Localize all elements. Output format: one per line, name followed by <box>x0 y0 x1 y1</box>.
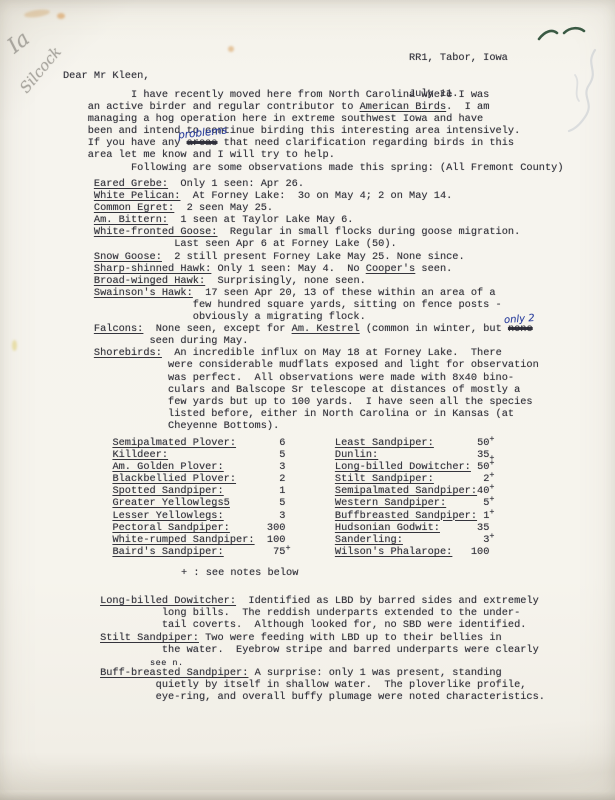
typed-line: White-fronted Goose: Regular in small fl… <box>63 226 539 238</box>
typed-line: an active birder and regular contributor… <box>63 101 564 113</box>
note-buff-breasted-sandpiper: Buff-breasted Sandpiper: A surprise: onl… <box>63 667 545 703</box>
typed-line: Last seen Apr 6 at Forney Lake (50). <box>63 238 539 250</box>
typed-line: the water. Eyebrow stripe and barred und… <box>63 644 539 656</box>
typed-line: Buff-breasted Sandpiper: A surprise: onl… <box>63 667 545 679</box>
typed-line: Eared Grebe: Only 1 seen: Apr 26. <box>63 178 539 190</box>
typed-line: Cheyenne Bottoms). <box>63 420 539 432</box>
typed-line: been and intend to continue birding this… <box>63 125 564 137</box>
intro-paragraph: I have recently moved here from North Ca… <box>63 89 564 174</box>
ink-correction-only-2: only 2 <box>504 313 535 326</box>
count-table-row: Lesser Yellowlegs: 3 Buffbreasted Sandpi… <box>63 510 489 522</box>
typed-line: eye-ring, and overall buffy plumage were… <box>63 691 545 703</box>
typed-line: quietly by itself in shallow water. The … <box>63 679 545 691</box>
typed-line: area let me know and I will try to help. <box>63 149 564 161</box>
green-pen-scribble <box>536 24 590 44</box>
count-table-row: Pectoral Sandpiper: 300 Hudsonian Godwit… <box>63 522 489 534</box>
typed-line: was perfect. All observations were made … <box>63 372 539 384</box>
typed-line: White Pelican: At Forney Lake: 3o on May… <box>63 190 539 202</box>
typed-line: culars and Balscope Sr telescope at dist… <box>63 384 539 396</box>
typed-line: Broad-winged Hawk: Surprisingly, none se… <box>63 275 539 287</box>
note-long-billed-dowitcher: Long-billed Dowitcher: Identified as LBD… <box>63 595 539 631</box>
stain-mark <box>57 13 65 19</box>
typed-line: long bills. The reddish underparts exten… <box>63 607 539 619</box>
typed-line: obviously a migrating flock. <box>63 311 539 323</box>
count-table-row: Greater Yellowlegs5 5 Western Sandpiper:… <box>63 497 489 509</box>
typed-line: Am. Bittern: 1 seen at Taylor Lake May 6… <box>63 214 539 226</box>
typed-line: Falcons: None seen, except for Am. Kestr… <box>63 323 539 335</box>
typed-line: managing a hog operation here in extreme… <box>63 113 564 125</box>
species-observations: Eared Grebe: Only 1 seen: Apr 26. White … <box>63 178 539 432</box>
shorebird-count-table: Semipalmated Plover: 6 Least Sandpiper: … <box>63 437 489 558</box>
count-table-row: Blackbellied Plover: 2 Stilt Sandpiper: … <box>63 473 489 485</box>
count-table-row: White-rumped Sandpiper: 100 Sanderling: … <box>63 534 489 546</box>
typed-line: Following are some observations made thi… <box>63 162 564 174</box>
salutation: Dear Mr Kleen, <box>63 70 150 82</box>
typed-insertion-seen: see n. <box>150 657 184 669</box>
count-table-row: Am. Golden Plover: 3 Long-billed Dowitch… <box>63 461 489 473</box>
typed-line: seen during May. <box>63 335 539 347</box>
typed-line: Swainson's Hawk: 17 seen Apr 20, 13 of t… <box>63 287 539 299</box>
stain-mark <box>12 340 17 351</box>
typed-line: Shorebirds: An incredible influx on May … <box>63 347 539 359</box>
typed-line: Long-billed Dowitcher: Identified as LBD… <box>63 595 539 607</box>
typed-line: Snow Goose: 2 still present Forney Lake … <box>63 251 539 263</box>
count-table-row: Spotted Sandpiper: 1 Semipalmated Sandpi… <box>63 485 489 497</box>
typed-line: I have recently moved here from North Ca… <box>63 89 564 101</box>
typed-line: Sharp-shinned Hawk: Only 1 seen: May 4. … <box>63 263 539 275</box>
typed-line: were considerable mudflats exposed and l… <box>63 359 539 371</box>
typed-line: few yards but up to 100 yards. I have se… <box>63 396 539 408</box>
stain-mark <box>228 46 234 52</box>
typed-line: Common Egret: 2 seen May 25. <box>63 202 539 214</box>
note-stilt-sandpiper: Stilt Sandpiper: Two were feeding with L… <box>63 632 539 656</box>
sender-address: RR1, Tabor, Iowa <box>409 52 508 64</box>
typed-line: Stilt Sandpiper: Two were feeding with L… <box>63 632 539 644</box>
plus-note: + : see notes below <box>181 567 298 579</box>
count-table-row: Baird's Sandpiper: 75+ Wilson's Phalarop… <box>63 546 489 558</box>
count-table-row: Killdeer: 5 Dunlin: 35+ <box>63 449 489 461</box>
typed-line: tail coverts. Although looked for, no SB… <box>63 619 539 631</box>
typed-line: few hundred square yards, sitting on fen… <box>63 299 539 311</box>
typed-line: listed before, either in North Carolina … <box>63 408 539 420</box>
typed-line: If you have any areas that need clarific… <box>63 137 564 149</box>
count-table-row: Semipalmated Plover: 6 Least Sandpiper: … <box>63 437 489 449</box>
